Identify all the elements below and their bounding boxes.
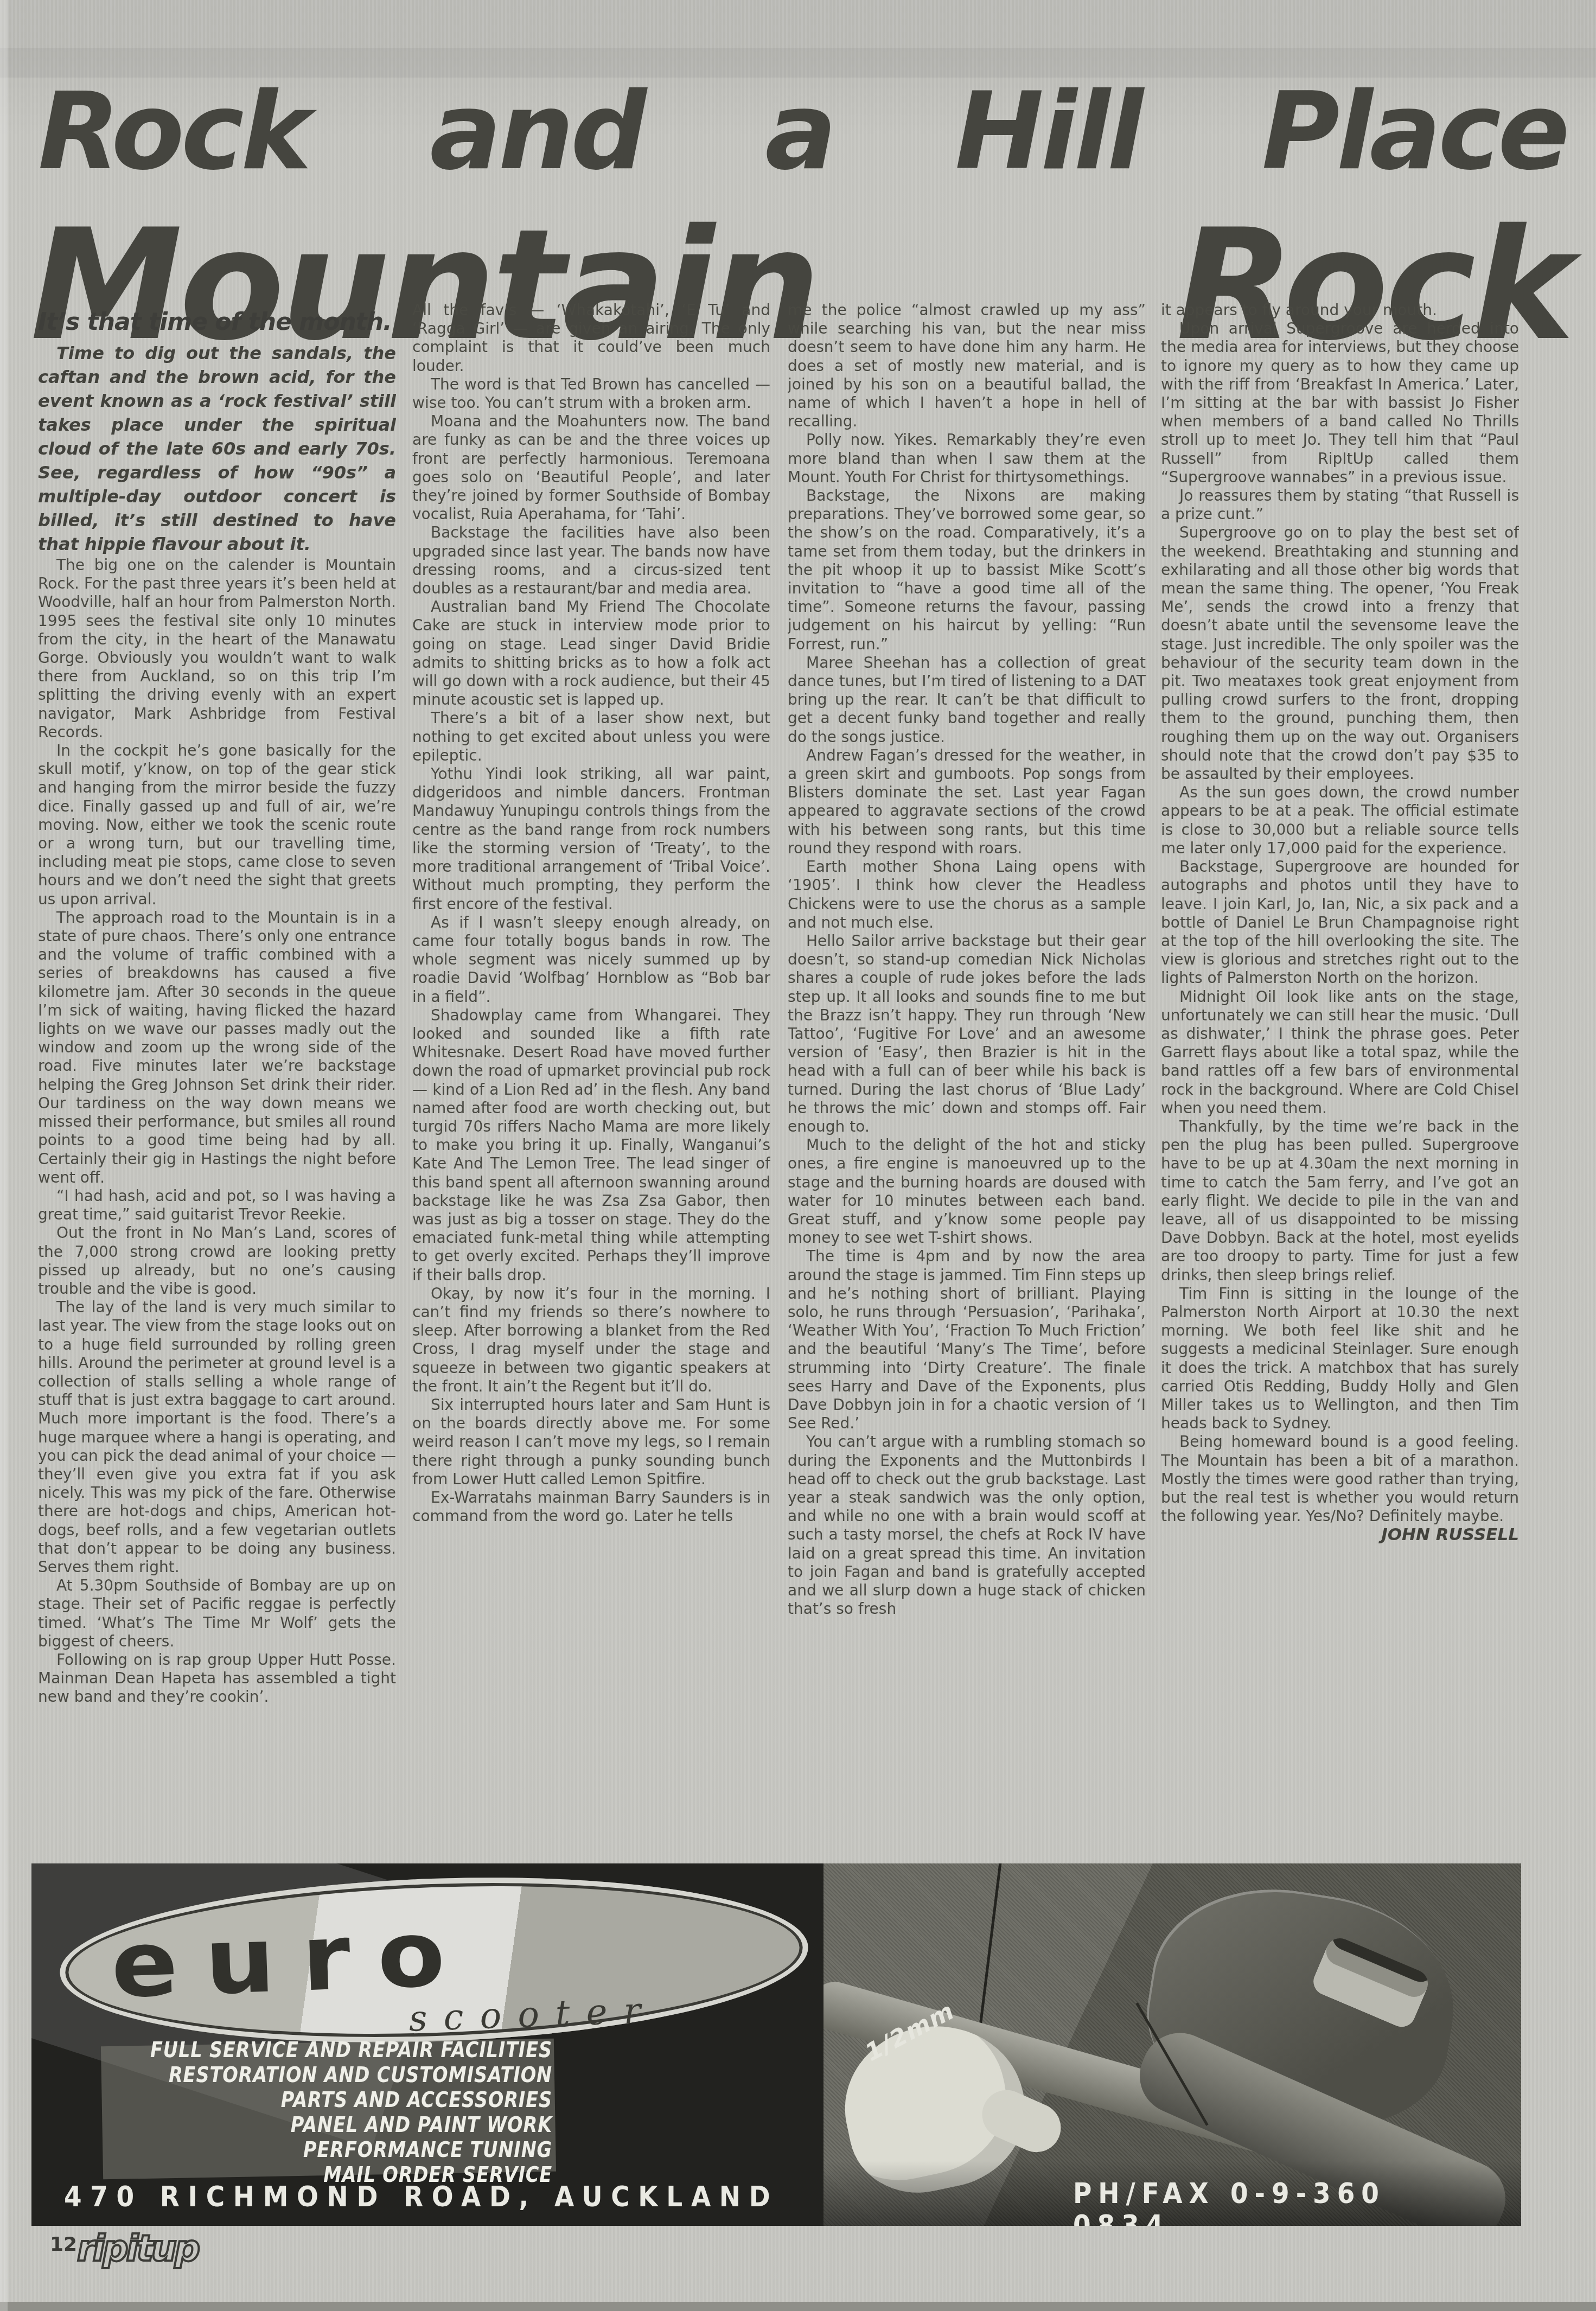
article-paragraph: As the sun goes down, the crowd number a…: [1161, 783, 1519, 858]
scooter-logo-text: scooter: [408, 1989, 657, 2040]
article-paragraph: The word is that Ted Brown has cancelled…: [412, 375, 770, 412]
article-paragraph: Tim Finn is sitting in the lounge of the…: [1161, 1285, 1519, 1433]
article-paragraph: Okay, by now it’s four in the morning. I…: [412, 1285, 770, 1396]
ad-service-item: PANEL AND PAINT WORK: [132, 2113, 552, 2138]
article-paragraph: Andrew Fagan’s dressed for the weather, …: [788, 746, 1146, 858]
article-paragraph: As if I wasn’t sleepy enough already, on…: [412, 914, 770, 1006]
ad-services-list: FULL SERVICE AND REPAIR FACILITIES RESTO…: [132, 2038, 552, 2188]
article-paragraph: The time is 4pm and by now the area arou…: [788, 1247, 1146, 1433]
ad-service-item: PERFORMANCE TUNING: [132, 2138, 552, 2163]
article-paragraph: Six interrupted hours later and Sam Hunt…: [412, 1396, 770, 1489]
article-paragraph: Backstage the facilities have also been …: [412, 524, 770, 598]
article-paragraph: The big one on the calender is Mountain …: [38, 556, 396, 742]
headline-line-1: Rock and a Hill Place: [38, 79, 1567, 185]
article-paragraph: Hello Sailor arrive backstage but their …: [788, 932, 1146, 1136]
article-paragraph: Being homeward bound is a good feeling. …: [1161, 1433, 1519, 1525]
article-paragraph: “I had hash, acid and pot, so I was havi…: [38, 1187, 396, 1224]
article-paragraph: Yothu Yindi look striking, all war paint…: [412, 765, 770, 914]
article-byline: JOHN RUSSELL: [1161, 1525, 1519, 1544]
scan-edge: [0, 0, 8, 2311]
article-paragraph: Out the front in No Man’s Land, scores o…: [38, 1224, 396, 1298]
article-column-4: it appears to fly around your mouth. Upo…: [1161, 301, 1519, 1866]
ad-service-item: FULL SERVICE AND REPAIR FACILITIES: [132, 2038, 552, 2063]
article-paragraph: Following on is rap group Upper Hutt Pos…: [38, 1651, 396, 1707]
article-paragraph: There’s a bit of a laser show next, but …: [412, 709, 770, 765]
article-paragraph: Backstage, Supergroove are hounded for a…: [1161, 858, 1519, 987]
article-paragraph: Polly now. Yikes. Remarkably they’re eve…: [788, 431, 1146, 487]
euro-logo-text: euro: [110, 1907, 474, 2011]
article-paragraph: You can’t argue with a rumbling stomach …: [788, 1433, 1146, 1618]
article-paragraph: Shadowplay came from Whangarei. They loo…: [412, 1006, 770, 1285]
article-paragraph: The approach road to the Mountain is in …: [38, 909, 396, 1187]
article-column-2: All the fav’s — ‘Whakakotahi’, ‘E Tu’ an…: [412, 301, 770, 1866]
article-paragraph: Jo reassures them by stating “that Russe…: [1161, 487, 1519, 524]
mirror-reflection: [1309, 1934, 1432, 2031]
article-paragraph: Australian band My Friend The Chocolate …: [412, 598, 770, 709]
article-paragraph: All the fav’s — ‘Whakakotahi’, ‘E Tu’ an…: [412, 301, 770, 375]
article-column-1: It’s that time of the month. Time to dig…: [38, 301, 396, 1866]
article-paragraph: Upon arrival Supergroove are herded into…: [1161, 320, 1519, 487]
article-paragraph: me the police “almost crawled up my ass”…: [788, 301, 1146, 431]
article-paragraph: At 5.30pm Southside of Bombay are up on …: [38, 1576, 396, 1651]
page-footer: 12ripitup: [50, 2227, 198, 2271]
article-paragraph: Much to the delight of the hot and stick…: [788, 1136, 1146, 1247]
article-intro: Time to dig out the sandals, the caftan …: [38, 341, 396, 556]
article-paragraph: Backstage, the Nixons are making prepara…: [788, 487, 1146, 654]
article-paragraph: Ex-Warratahs mainman Barry Saunders is i…: [412, 1489, 770, 1525]
article-column-3: me the police “almost crawled up my ass”…: [788, 301, 1146, 1866]
page-number: 12: [50, 2233, 77, 2256]
ripitup-logo: ripitup: [77, 2227, 198, 2269]
article-paragraph: The lay of the land is very much similar…: [38, 1298, 396, 1576]
euro-scooter-advertisement[interactable]: euro scooter FULL SERVICE AND REPAIR FAC…: [31, 1863, 1521, 2226]
ad-service-item: RESTORATION AND CUSTOMISATION: [132, 2063, 552, 2088]
article-paragraph: Midnight Oil look like ants on the stage…: [1161, 988, 1519, 1118]
ad-service-item: PARTS AND ACCESSORIES: [132, 2088, 552, 2113]
scooter-photo: 1/2mm: [823, 1863, 1521, 2226]
article-paragraph: Moana and the Moahunters now. The band a…: [412, 412, 770, 524]
scan-artifact-bottom-bar: [0, 2302, 1596, 2311]
article-paragraph: Thankfully, by the time we’re back in th…: [1161, 1118, 1519, 1285]
article-paragraph: it appears to fly around your mouth.: [1161, 301, 1519, 320]
article-kicker: It’s that time of the month.: [38, 309, 396, 336]
article-paragraph: Earth mother Shona Laing opens with ‘190…: [788, 858, 1146, 932]
article-paragraph: In the cockpit he’s gone basically for t…: [38, 742, 396, 909]
article-paragraph: Maree Sheehan has a collection of great …: [788, 654, 1146, 746]
ad-phone-fax: PH/FAX 0-9-360 0834: [1073, 2178, 1485, 2226]
ad-address: 470 RICHMOND ROAD, AUCKLAND: [64, 2181, 778, 2213]
article-paragraph: Supergroove go on to play the best set o…: [1161, 524, 1519, 783]
